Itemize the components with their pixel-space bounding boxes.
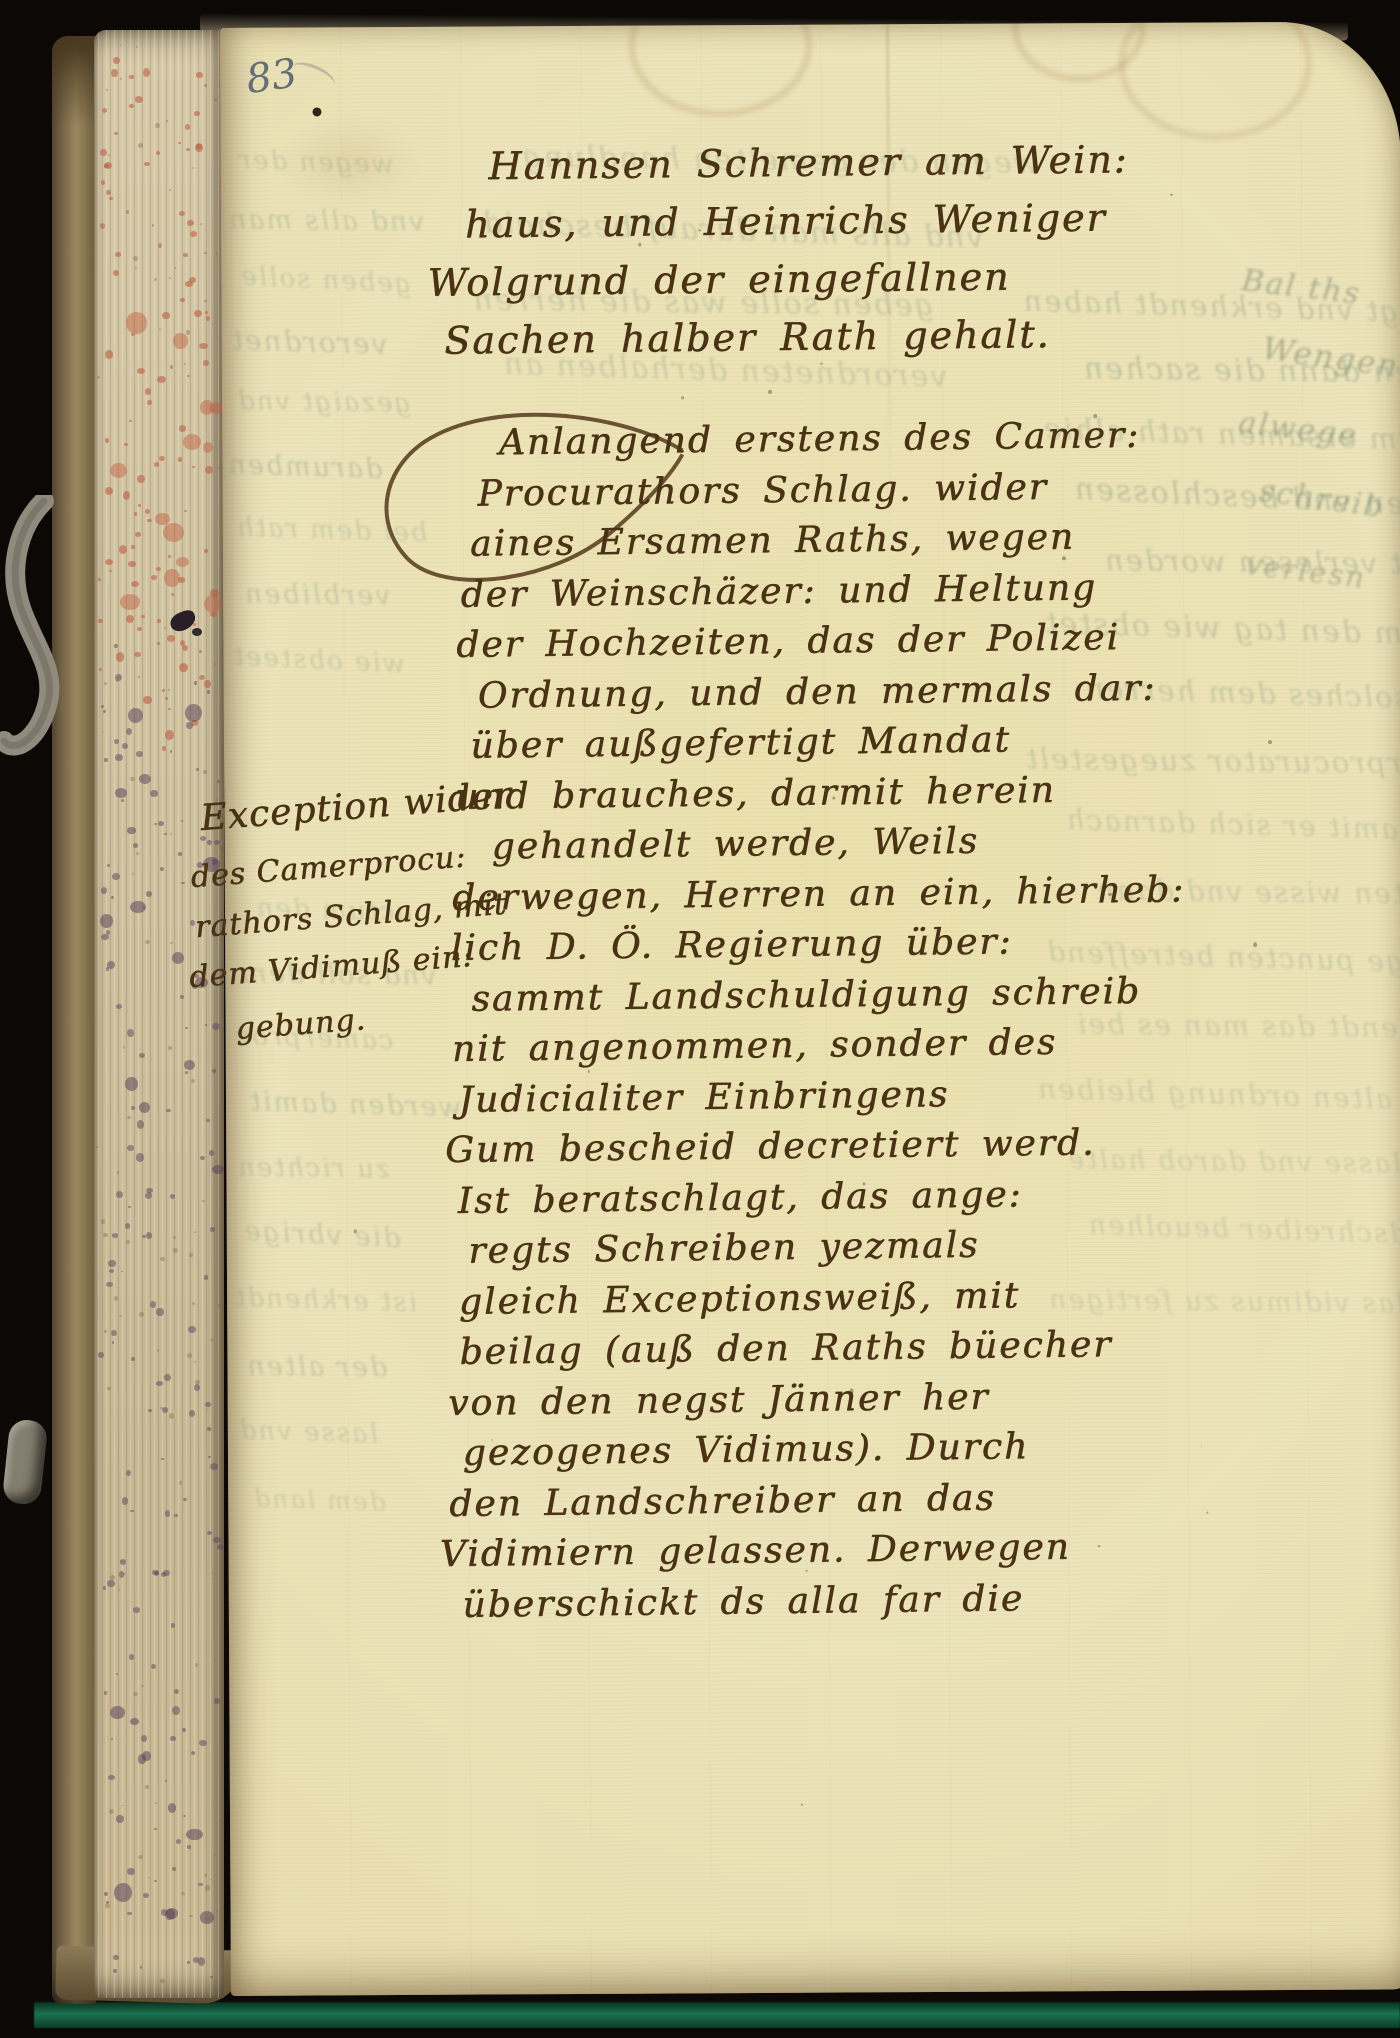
sprinkle-speckle (204, 595, 222, 613)
sprinkle-speckle (205, 311, 208, 314)
sprinkle-speckle (136, 751, 142, 756)
sprinkle-speckle (133, 1692, 138, 1696)
sprinkle-speckle (122, 1497, 129, 1505)
sprinkle-speckle (169, 277, 171, 279)
sprinkle-speckle (199, 675, 206, 681)
sprinkle-speckle (106, 190, 110, 195)
sprinkle-speckle (185, 704, 202, 722)
sprinkle-speckle (140, 1966, 143, 1969)
sprinkle-speckle (137, 627, 142, 631)
sprinkle-speckle (174, 1689, 179, 1694)
sprinkle-speckle (183, 1498, 186, 1501)
sprinkle-speckle (108, 154, 110, 156)
sprinkle-speckle (145, 940, 150, 944)
sprinkle-speckle (122, 743, 128, 749)
sprinkle-speckle (214, 1698, 220, 1704)
sprinkle-speckle (109, 197, 113, 201)
sprinkle-speckle (168, 708, 171, 710)
sprinkle-speckle (192, 1302, 195, 1305)
sprinkle-speckle (196, 143, 202, 148)
sprinkle-speckle (101, 1219, 106, 1224)
sprinkle-speckle (204, 1874, 206, 1877)
sprinkle-speckle (170, 942, 172, 944)
sprinkle-speckle (210, 1879, 212, 1880)
sprinkle-speckle (172, 1867, 176, 1871)
sprinkle-speckle (183, 253, 187, 256)
sprinkle-speckle (184, 1060, 194, 1070)
sprinkle-speckle (139, 1102, 150, 1113)
sprinkle-speckle (171, 593, 174, 596)
sprinkle-speckle (166, 120, 168, 122)
sprinkle-speckle (128, 1206, 131, 1208)
sprinkle-speckle (185, 124, 190, 130)
sprinkle-speckle (130, 777, 135, 781)
sprinkle-speckle (104, 162, 112, 169)
sprinkle-speckle (196, 72, 203, 79)
sprinkle-speckle (157, 642, 160, 645)
sprinkle-speckle (207, 1531, 212, 1535)
sprinkle-speckle (108, 1775, 115, 1780)
sprinkle-speckle (98, 619, 103, 623)
sprinkle-speckle (157, 619, 161, 622)
sprinkle-speckle (186, 1829, 203, 1841)
margin-note-line: des Camerprocu: (189, 839, 467, 895)
sprinkle-speckle (114, 1296, 118, 1301)
sprinkle-speckle (127, 1029, 134, 1038)
sprinkle-speckle (127, 1145, 134, 1151)
sprinkle-speckle (127, 1116, 131, 1119)
sprinkle-speckle (181, 1892, 185, 1896)
sprinkle-speckle (191, 1079, 196, 1084)
sprinkle-speckle (110, 1575, 114, 1580)
sprinkle-speckle (134, 512, 138, 516)
sprinkle-speckle (111, 1738, 113, 1740)
sprinkle-speckle (195, 1663, 198, 1667)
sprinkle-speckle (146, 1232, 152, 1238)
sprinkle-speckle (168, 1803, 176, 1812)
sprinkle-speckle (113, 270, 119, 276)
sprinkle-speckle (186, 330, 191, 334)
sprinkle-speckle (156, 1381, 162, 1386)
sprinkle-speckle (194, 681, 198, 684)
sprinkle-speckle (133, 1607, 140, 1612)
sprinkle-speckle (200, 1156, 205, 1160)
sprinkle-speckle (148, 1877, 150, 1879)
sprinkle-speckle (111, 896, 114, 899)
sprinkle-speckle (172, 952, 185, 964)
sprinkle-speckle (135, 267, 137, 269)
sprinkle-speckle (176, 557, 189, 567)
sprinkle-speckle (207, 1427, 211, 1430)
sprinkle-speckle (212, 1572, 215, 1574)
sprinkle-speckle (179, 211, 185, 216)
sprinkle-speckle (176, 1839, 181, 1844)
sprinkle-speckle (170, 365, 173, 369)
sprinkle-speckle (214, 663, 216, 665)
sprinkle-speckle (212, 1165, 224, 1174)
sprinkle-speckle (115, 674, 122, 681)
sprinkle-speckle (105, 1904, 110, 1908)
sprinkle-speckle (139, 1053, 146, 1058)
sprinkle-speckle (112, 1341, 115, 1344)
sprinkle-speckle (164, 627, 166, 628)
sprinkle-speckle (125, 1223, 130, 1229)
sprinkle-speckle (165, 730, 174, 740)
sprinkle-speckle (204, 1275, 209, 1279)
sprinkle-speckle (199, 1740, 206, 1746)
sprinkle-speckle (119, 1315, 122, 1317)
sprinkle-speckle (105, 487, 113, 495)
sprinkle-speckle (190, 231, 197, 237)
sprinkle-speckle (209, 1150, 214, 1156)
sprinkle-speckle (204, 252, 206, 254)
sprinkle-speckle (150, 790, 158, 796)
sprinkle-speckle (126, 210, 129, 214)
sprinkle-speckle (167, 635, 176, 642)
sprinkle-speckle (192, 167, 195, 170)
sprinkle-speckle (187, 1961, 190, 1964)
sprinkle-speckle (184, 510, 186, 512)
sprinkle-speckle (203, 360, 209, 366)
sprinkle-speckle (106, 89, 108, 91)
sprinkle-speckle (180, 995, 183, 999)
sprinkle-speckle (139, 774, 151, 784)
sprinkle-speckle (111, 69, 118, 77)
sprinkle-speckle (187, 375, 190, 377)
sprinkle-speckle (136, 1153, 144, 1161)
sprinkle-speckle (113, 1955, 119, 1961)
sprinkle-speckle (123, 491, 131, 500)
sprinkle-speckle (162, 312, 171, 319)
sprinkle-speckle (181, 882, 184, 885)
sprinkle-speckle (129, 1654, 134, 1660)
sprinkle-speckle (204, 300, 207, 303)
sprinkle-speckle (210, 1227, 214, 1231)
sprinkle-speckle (171, 1623, 175, 1627)
sprinkle-speckle (200, 223, 202, 225)
sprinkle-speckle (114, 132, 118, 136)
sprinkle-speckle (136, 46, 138, 48)
sprinkle-speckle (101, 705, 104, 708)
sprinkle-speckle (162, 746, 166, 750)
margin-note: Exception widerdes Camerprocu:rathors Sc… (220, 21, 1400, 1996)
sprinkle-speckle (99, 668, 102, 671)
sprinkle-speckle (179, 425, 186, 432)
sprinkle-speckle (187, 220, 194, 227)
sprinkle-speckle (156, 567, 160, 571)
sprinkle-speckle (116, 652, 124, 661)
sprinkle-speckle (198, 1957, 205, 1966)
sprinkle-speckle (163, 1570, 170, 1577)
sprinkle-speckle (194, 1231, 196, 1232)
sprinkle-speckle (182, 1728, 186, 1732)
sprinkle-speckle (106, 1282, 113, 1287)
sprinkle-speckle (136, 852, 139, 855)
leather-tie-strap (0, 495, 70, 775)
sprinkle-speckle (144, 162, 150, 167)
sprinkle-speckle (112, 873, 120, 880)
sprinkle-speckle (100, 914, 113, 928)
sprinkle-speckle (174, 267, 176, 268)
sprinkle-speckle (162, 689, 165, 692)
sprinkle-speckle (213, 1537, 221, 1544)
sprinkle-speckle (154, 823, 157, 826)
page-edge-stack (94, 30, 224, 1998)
sprinkle-speckle (114, 1883, 132, 1901)
sprinkle-speckle (170, 1916, 173, 1919)
sprinkle-speckle (130, 1510, 134, 1513)
sprinkle-speckle (214, 840, 220, 845)
table-felt-strip (34, 2002, 1400, 2028)
sprinkle-speckle (123, 1046, 125, 1048)
sprinkle-speckle (163, 523, 184, 542)
sprinkle-speckle (165, 1780, 167, 1781)
sprinkle-speckle (183, 434, 201, 450)
sprinkle-speckle (138, 1855, 143, 1859)
sprinkle-speckle (138, 1754, 147, 1764)
sprinkle-speckle (134, 652, 141, 658)
sprinkle-speckle (207, 840, 212, 845)
sprinkle-speckle (113, 57, 120, 65)
sprinkle-speckle (127, 1912, 131, 1916)
sprinkle-speckle (199, 343, 208, 350)
sprinkle-speckle (160, 1257, 165, 1261)
sprinkle-speckle (151, 575, 157, 581)
sprinkle-speckle (101, 887, 107, 894)
sprinkle-speckle (164, 833, 166, 835)
sprinkle-speckle (154, 278, 157, 281)
sprinkle-speckle (204, 549, 207, 552)
sprinkle-speckle (128, 561, 135, 567)
sprinkle-speckle (189, 1410, 195, 1417)
sprinkle-speckle (168, 555, 171, 558)
sprinkle-speckle (114, 739, 119, 743)
sprinkle-speckle (204, 680, 211, 687)
sprinkle-speckle (104, 1330, 107, 1333)
ink-blot-small (192, 628, 202, 636)
sprinkle-speckle (164, 1374, 171, 1382)
sprinkle-speckle (98, 1352, 104, 1358)
sprinkle-speckle (143, 68, 150, 77)
sprinkle-speckle (126, 1470, 131, 1476)
sprinkle-speckle (194, 1361, 196, 1363)
sprinkle-speckle (168, 689, 170, 691)
sprinkle-speckle (179, 663, 187, 672)
sprinkle-speckle (111, 1330, 117, 1336)
sprinkle-speckle (137, 368, 145, 374)
sprinkle-speckle (217, 780, 220, 783)
sprinkle-speckle (205, 1885, 210, 1891)
sprinkle-speckle (208, 1456, 211, 1458)
sprinkle-speckle (155, 123, 160, 128)
sprinkle-speckle (127, 1868, 135, 1876)
margin-note-line: dem Vidimuß ein: (188, 939, 474, 995)
sprinkle-speckle (135, 96, 143, 102)
sprinkle-speckle (143, 696, 152, 704)
sprinkle-speckle (168, 1046, 172, 1050)
sprinkle-speckle (103, 1233, 108, 1237)
sprinkle-speckle (145, 1785, 149, 1789)
sprinkle-speckle (105, 350, 113, 359)
sprinkle-speckle (100, 149, 107, 156)
sprinkle-speckle (141, 1685, 144, 1687)
sprinkle-speckle (106, 930, 110, 935)
sprinkle-speckle (161, 1458, 163, 1460)
sprinkle-speckle (145, 1192, 152, 1199)
sprinkle-speckle (109, 570, 112, 572)
sprinkle-speckle (170, 1194, 175, 1199)
sprinkle-speckle (127, 827, 136, 833)
sprinkle-speckle (139, 1312, 144, 1317)
sprinkle-speckle (137, 475, 144, 483)
sprinkle-speckle (191, 1751, 195, 1755)
sprinkle-speckle (217, 1910, 219, 1912)
sprinkle-speckle (101, 934, 109, 940)
sprinkle-speckle (210, 1976, 213, 1979)
sprinkle-speckle (172, 1706, 180, 1715)
sprinkle-speckle (147, 400, 152, 404)
sprinkle-speckle (158, 821, 164, 826)
sprinkle-speckle (210, 1463, 218, 1470)
sprinkle-speckle (188, 1326, 196, 1333)
sprinkle-speckle (105, 438, 109, 443)
sprinkle-speckle (123, 1573, 125, 1575)
sprinkle-speckle (173, 1248, 178, 1253)
sprinkle-speckle (192, 466, 194, 468)
sprinkle-speckle (205, 1024, 207, 1026)
sprinkle-speckle (101, 180, 105, 184)
sprinkle-speckle (143, 1893, 149, 1898)
sprinkle-speckle (180, 298, 184, 302)
sprinkle-speckle (124, 443, 128, 446)
sprinkle-speckle (103, 710, 107, 713)
sprinkle-speckle (105, 559, 114, 565)
sprinkle-speckle (212, 1023, 220, 1030)
sprinkle-speckle (110, 1706, 124, 1719)
sprinkle-speckle (199, 650, 202, 652)
sprinkle-speckle (115, 788, 127, 798)
sprinkle-speckle (131, 581, 138, 587)
sprinkle-speckle (108, 1260, 115, 1266)
sprinkle-speckle (138, 504, 141, 507)
sprinkle-speckle (157, 376, 166, 383)
sprinkle-speckle (182, 645, 188, 651)
sprinkle-speckle (170, 750, 173, 753)
sprinkle-speckle (184, 363, 186, 365)
sprinkle-speckle (126, 312, 148, 333)
sprinkle-speckle (138, 143, 143, 147)
sprinkle-speckle (154, 462, 160, 467)
sprinkle-speckle (116, 1191, 123, 1198)
sprinkle-speckle (179, 1481, 183, 1485)
sprinkle-speckle (128, 708, 143, 723)
sprinkle-speckle (189, 1253, 193, 1256)
sprinkle-speckle (147, 519, 151, 522)
sprinkle-speckle (165, 1510, 171, 1517)
sprinkle-speckle (129, 75, 134, 80)
sprinkle-speckle (196, 768, 199, 772)
sprinkle-speckle (117, 1171, 119, 1173)
sprinkle-speckle (170, 1736, 175, 1741)
sprinkle-speckle (170, 833, 172, 834)
sprinkle-speckle (215, 1659, 217, 1661)
sprinkle-speckle (100, 223, 106, 229)
sprinkle-speckle (137, 1120, 144, 1129)
sprinkle-speckle (204, 84, 207, 87)
sprinkle-speckle (174, 1514, 177, 1517)
sprinkle-speckle (178, 852, 183, 856)
sprinkle-speckle (185, 1071, 188, 1074)
sprinkle-speckle (102, 731, 104, 732)
sprinkle-speckle (107, 864, 110, 867)
sprinkle-speckle (217, 1544, 224, 1550)
sprinkle-speckle (129, 420, 132, 422)
sprinkle-speckle (154, 1880, 157, 1882)
sprinkle-speckle (145, 509, 150, 514)
sprinkle-speckle (104, 1892, 108, 1896)
sprinkle-speckle (195, 1380, 200, 1383)
sprinkle-speckle (160, 867, 164, 871)
sprinkle-speckle (150, 1301, 156, 1308)
sprinkle-speckle (116, 1815, 124, 1823)
sprinkle-speckle (138, 676, 140, 678)
sprinkle-speckle (203, 770, 206, 773)
sprinkle-speckle (141, 615, 144, 617)
sprinkle-speckle (164, 569, 180, 588)
sprinkle-speckle (157, 1349, 160, 1352)
sprinkle-speckle (205, 466, 213, 474)
sprinkle-speckle (198, 1883, 203, 1887)
sprinkle-speckle (141, 1735, 147, 1742)
sprinkle-speckle (115, 754, 122, 761)
sprinkle-speckle (96, 1146, 98, 1148)
sprinkle-speckle (112, 1233, 119, 1238)
photograph-background: wegen dervnd alls mangeben solleverordne… (0, 0, 1400, 2038)
sprinkle-speckle (187, 1353, 192, 1358)
sprinkle-speckle (186, 148, 190, 151)
sprinkle-speckle (113, 1969, 118, 1974)
sprinkle-speckle (131, 545, 135, 549)
sprinkle-speckle (181, 820, 183, 822)
sprinkle-speckle (194, 310, 202, 317)
sprinkle-speckle (133, 843, 139, 848)
sprinkle-speckle (119, 545, 128, 554)
sprinkle-speckle (97, 376, 100, 379)
sprinkle-speckle (194, 1384, 200, 1391)
sprinkle-speckle (122, 1805, 124, 1807)
sprinkle-speckle (152, 1570, 159, 1575)
sprinkle-speckle (206, 316, 210, 321)
sprinkle-speckle (187, 1845, 191, 1848)
sprinkle-speckle (160, 1979, 165, 1983)
sprinkle-speckle (178, 457, 183, 462)
sprinkle-speckle (178, 142, 181, 145)
sprinkle-speckle (120, 45, 122, 47)
sprinkle-speckle (126, 1240, 131, 1244)
sprinkle-speckle (102, 108, 107, 113)
sprinkle-speckle (133, 256, 138, 261)
margin-note-line: Exception wider (199, 775, 513, 839)
sprinkle-speckle (186, 722, 194, 729)
sprinkle-speckle (165, 697, 168, 700)
sprinkle-speckle (107, 1387, 111, 1390)
sprinkle-speckle (146, 1188, 153, 1193)
sprinkle-speckle (156, 151, 160, 155)
sprinkle-speckle (213, 1578, 215, 1580)
sprinkle-speckle (145, 388, 152, 395)
sprinkle-speckle (120, 78, 122, 79)
sprinkle-speckle (106, 967, 109, 970)
